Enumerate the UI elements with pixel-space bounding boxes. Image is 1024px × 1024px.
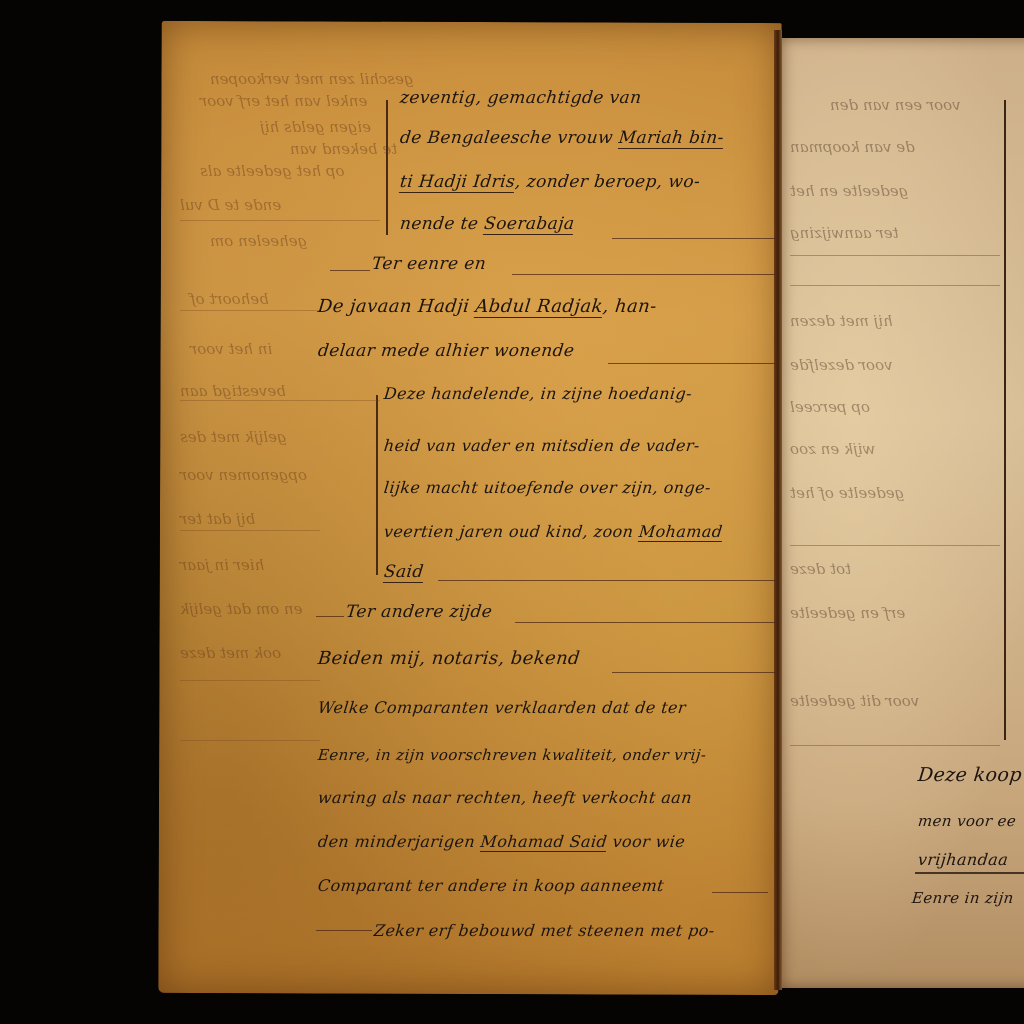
deed-text: de Bengaleesche vrouw [399, 128, 620, 148]
deed-line-right: Deze koop e [917, 764, 1024, 786]
deed-line: Said [383, 562, 425, 582]
bleed-text: behoort of [190, 290, 269, 308]
bleed-text: geschil zen met verkoopen [210, 70, 414, 88]
bleed-text: en om dat gelijk [180, 600, 302, 618]
ruled-line [608, 363, 778, 364]
deed-line: Ter andere zijde [345, 602, 493, 622]
ruled-line [316, 930, 372, 931]
bleed-text: hier in jaar [180, 556, 264, 574]
bleed-text: wijk en zoo [790, 440, 875, 458]
bleed-line [180, 680, 320, 681]
margin-rule-top [386, 100, 388, 235]
deed-line: De javaan Hadji Abdul Radjak, han- [317, 296, 658, 317]
person-name: Mohamad Said [480, 832, 609, 852]
deed-line: delaar mede alhier wonende [317, 341, 575, 361]
bleed-text: bevestigd aan [180, 382, 286, 400]
book-gutter [774, 30, 782, 990]
ruled-line [515, 622, 778, 623]
deed-line: Zeker erf bebouwd met steenen met po- [373, 921, 716, 940]
ruled-line [612, 238, 778, 239]
bleed-line [790, 285, 1000, 286]
deed-line-right: men voor ee [917, 812, 1017, 830]
deed-line: Ter eenre en [371, 254, 487, 274]
bleed-text: gelijk met des [180, 428, 287, 446]
deed-line: heid van vader en mitsdien de vader- [383, 436, 701, 455]
ruled-line [330, 270, 370, 271]
ruled-line [438, 580, 778, 581]
bleed-text: ter aanwijzing [790, 224, 899, 242]
bleed-text: gedeelte en het [790, 182, 908, 200]
bleed-text: voor dit gedeelte [790, 692, 919, 710]
bleed-text: in het voor [190, 340, 272, 358]
bleed-text: ende te D vul [180, 196, 281, 214]
deed-line: Eenre, in zijn voorschreven kwaliteit, o… [317, 746, 707, 764]
bleed-text: te bekend van [290, 140, 397, 158]
deed-text: nende te [399, 214, 485, 234]
bleed-text: op het gedeelte als [200, 162, 344, 180]
bleed-text: eigen gelds hij [260, 118, 371, 136]
deed-line: veertien jaren oud kind, zoon Mohamad [383, 522, 724, 541]
ruled-line [712, 892, 768, 893]
bleed-line [180, 310, 320, 311]
deed-text: voor wie [606, 832, 686, 851]
bleed-line [180, 220, 380, 221]
deed-text: den minderjarigen [317, 832, 482, 851]
bleed-text: tot deze [790, 560, 851, 578]
bleed-line [180, 740, 320, 741]
deed-text: , han- [602, 296, 658, 317]
deed-line: Deze handelende, in zijne hoedanig- [383, 384, 693, 403]
bleed-text: bij dat ter [180, 510, 255, 528]
right-page [776, 38, 1024, 988]
margin-rule-middle [376, 395, 378, 575]
bleed-text: geheelen om [210, 232, 307, 250]
bleed-text: voor dezelfde [790, 356, 893, 374]
bleed-text: hij met dezen [790, 312, 893, 330]
bleed-text: opgenomen voor [180, 466, 307, 484]
deed-line-right: vrijhandaa [917, 850, 1009, 869]
bleed-line [180, 530, 320, 531]
bleed-text: enkel van het erf voor [200, 92, 367, 110]
bleed-text: gedeelte of het [790, 484, 904, 502]
ruled-line [316, 616, 344, 617]
deed-line: lijke macht uitoefende over zijn, onge- [383, 478, 712, 497]
deed-line: Comparant ter andere in koop aanneemt [317, 876, 665, 895]
deed-text: veertien jaren oud kind, zoon [383, 522, 640, 541]
bleed-line [915, 872, 1024, 874]
bleed-line [180, 400, 380, 401]
ruled-line [612, 672, 778, 673]
person-name: Abdul Radjak [474, 296, 604, 318]
person-name: Mariah bin- [618, 128, 725, 149]
bleed-text: erf en gedeelte [790, 604, 905, 622]
deed-line: ti Hadji Idris, zonder beroep, wo- [399, 172, 701, 192]
deed-line: Beiden mij, notaris, bekend [317, 648, 581, 669]
bleed-text: ook met deze [180, 644, 281, 662]
deed-line: den minderjarigen Mohamad Said voor wie [317, 832, 686, 851]
bleed-line [790, 745, 1000, 746]
bleed-text: de van koopman [790, 138, 915, 156]
deed-text: , zonder beroep, wo- [514, 172, 701, 192]
place-name: Soerabaja [483, 214, 575, 235]
deed-line: zeventig, gemachtigde van [399, 88, 643, 108]
bleed-text: op perceel [790, 398, 870, 416]
margin-rule-right-page [1004, 100, 1006, 740]
deed-line: Welke Comparanten verklaarden dat de ter [317, 698, 687, 717]
deed-line-right: Eenre in zijn [911, 889, 1015, 907]
deed-text: vrijhandaa [917, 850, 1009, 869]
person-name: ti Hadji Idris [399, 172, 516, 193]
deed-line: nende te Soerabaja [399, 214, 576, 234]
person-name: Said [383, 562, 425, 583]
bleed-line [790, 545, 1000, 546]
person-name: Mohamad [638, 522, 724, 542]
deed-line: de Bengaleesche vrouw Mariah bin- [399, 128, 725, 148]
ruled-line [512, 274, 778, 275]
deed-text: De javaan Hadji [317, 296, 477, 317]
bleed-line [790, 255, 1000, 256]
deed-line: waring als naar rechten, heeft verkocht … [317, 788, 693, 807]
bleed-text: voor een van den [830, 96, 961, 114]
